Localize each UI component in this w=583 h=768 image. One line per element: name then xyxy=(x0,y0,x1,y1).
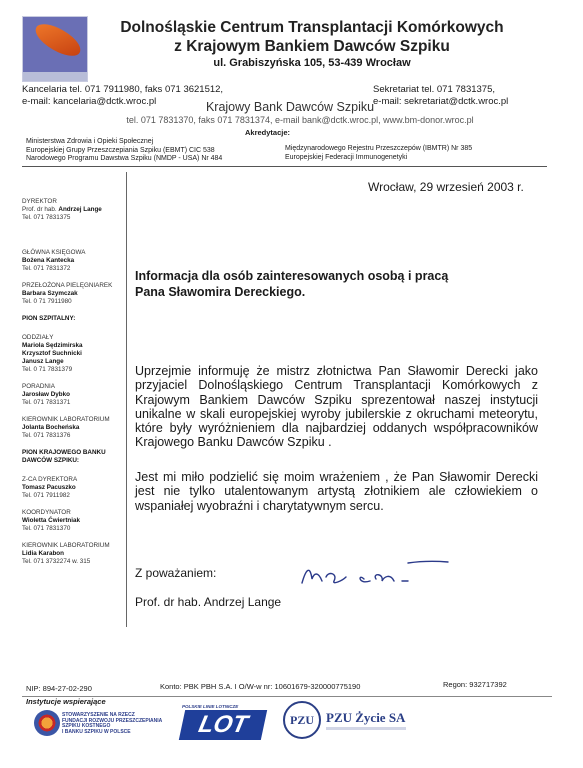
supporting-institutions-label: Instytucje wspierające xyxy=(26,697,106,706)
footer-regon: Regon: 932717392 xyxy=(443,680,507,689)
staff-title: PORADNIA xyxy=(22,383,122,391)
accreditation-item: Europejskiej Grupy Przeszczepiania Szpik… xyxy=(26,147,222,156)
accreditations-label: Akredytacje: xyxy=(245,128,290,137)
staff-prefix: Prof. dr hab. xyxy=(22,206,57,213)
staff-phone: Tel. 071 7831375 xyxy=(22,214,122,222)
sponsor-association-logo-icon xyxy=(34,710,60,736)
letter-subject: Informacja dla osób zainteresowanych oso… xyxy=(135,268,448,300)
bank-contact: tel. 071 7831370, faks 071 7831374, e-ma… xyxy=(40,115,560,125)
sekretariat-phone: Sekretariat tel. 071 7831375, xyxy=(373,84,508,96)
accreditation-item: Międzynarodowego Rejestru Przeszczepów (… xyxy=(285,145,472,154)
subject-line: Pana Sławomira Dereckiego. xyxy=(135,284,448,300)
staff-name: Bożena Kantecka xyxy=(22,257,122,265)
staff-lab1: KIEROWNIK LABORATORIUM Jolanta Bocheńska… xyxy=(22,416,122,440)
staff-nurse: PRZEŁOŻONA PIELĘGNIAREK Barbara Szymczak… xyxy=(22,282,122,306)
staff-title: ODDZIAŁY xyxy=(22,334,122,342)
staff-title: KIEROWNIK LABORATORIUM xyxy=(22,416,122,424)
accreditation-item: Narodowego Programu Dawstwa Szpiku (NMDP… xyxy=(26,155,222,164)
staff-phone: Tel. 0 71 7911980 xyxy=(22,298,122,306)
staff-name-line: Prof. dr hab. Andrzej Lange xyxy=(22,206,122,214)
staff-deputy: Z-CA DYREKTORA Tomasz Pacuszko Tel. 071 … xyxy=(22,476,122,500)
letter-date: Wrocław, 29 wrzesień 2003 r. xyxy=(368,180,524,194)
staff-title: KOORDYNATOR xyxy=(22,509,122,517)
institution-name: Dolnośląskie Centrum Transplantacji Komó… xyxy=(102,18,522,56)
accreditation-item: Europejskiej Federacji Immunogenetyki xyxy=(285,154,472,163)
staff-lab2: KIEROWNIK LABORATORIUM Lidia Karabon Tel… xyxy=(22,542,122,566)
staff-name: Andrzej Lange xyxy=(58,206,101,213)
footer-nip: NIP: 894-27-02-290 xyxy=(26,684,92,693)
institution-logo xyxy=(22,16,88,82)
kancelaria-phone: Kancelaria tel. 071 7911980, faks 071 36… xyxy=(22,84,223,96)
staff-director: DYREKTOR Prof. dr hab. Andrzej Lange Tel… xyxy=(22,198,122,222)
staff-name: Jolanta Bocheńska xyxy=(22,424,122,432)
staff-phone: Tel. 071 7911982 xyxy=(22,492,122,500)
accreditation-item: Ministerstwa Zdrowia i Opieki Społecznej xyxy=(26,138,222,147)
staff-phone: Tel. 071 7831376 xyxy=(22,432,122,440)
letter-signer: Prof. dr hab. Andrzej Lange xyxy=(135,595,281,609)
staff-phone: Tel. 071 7831372 xyxy=(22,265,122,273)
staff-title: Z-CA DYREKTORA xyxy=(22,476,122,484)
sidebar-divider xyxy=(126,172,127,627)
staff-name: Wioletta Ćwiertniak xyxy=(22,517,122,525)
institution-address: ul. Grabiszyńska 105, 53-439 Wrocław xyxy=(102,57,522,69)
staff-wards: ODDZIAŁY Mariola Sędzimirska Krzysztof S… xyxy=(22,334,122,374)
hospital-section-heading: PION SZPITALNY: xyxy=(22,315,122,323)
staff-phone: Tel. 071 7831371 xyxy=(22,399,122,407)
staff-name: Tomasz Pacuszko xyxy=(22,484,122,492)
sponsor-line: I BANKU SZPIKU W POLSCE xyxy=(62,730,162,736)
staff-name: Krzysztof Suchnicki xyxy=(22,350,122,358)
lot-caption: POLSKIE LINIE LOTNICZE xyxy=(182,704,238,709)
staff-name: Lidia Karabon xyxy=(22,550,122,558)
staff-clinic: PORADNIA Jarosław Dybko Tel. 071 7831371 xyxy=(22,383,122,407)
sponsor-association-name: STOWARZYSZENIE NA RZECZ FUNDACJI ROZWOJU… xyxy=(62,713,162,735)
staff-name: Janusz Lange xyxy=(22,358,122,366)
staff-accountant: GŁÓWNA KSIĘGOWA Bożena Kantecka Tel. 071… xyxy=(22,249,122,273)
accreditations-right: Międzynarodowego Rejestru Przeszczepów (… xyxy=(285,145,472,162)
bank-section-heading: PION KRAJOWEGO BANKU DAWCÓW SZPIKU: xyxy=(22,449,112,465)
staff-title: PRZEŁOŻONA PIELĘGNIAREK xyxy=(22,282,122,290)
staff-title: GŁÓWNA KSIĘGOWA xyxy=(22,249,122,257)
institution-name-line1: Dolnośląskie Centrum Transplantacji Komó… xyxy=(102,18,522,37)
staff-title: DYREKTOR xyxy=(22,198,122,206)
lot-logo: LOT xyxy=(179,710,267,740)
staff-phone: Tel. 071 3732274 w. 315 xyxy=(22,558,122,566)
handwritten-signature xyxy=(298,559,468,589)
accreditations-left: Ministerstwa Zdrowia i Opieki Społecznej… xyxy=(26,138,222,164)
header-divider xyxy=(22,166,547,167)
staff-phone: Tel. 0 71 7831379 xyxy=(22,366,122,374)
logo-emblem xyxy=(31,19,86,60)
pzu-subtitle-line xyxy=(326,727,406,730)
staff-coordinator: KOORDYNATOR Wioletta Ćwiertniak Tel. 071… xyxy=(22,509,122,533)
letter-paragraph-2: Jest mi miło podzielić się moim wrażenie… xyxy=(135,470,538,513)
institution-name-line2: z Krajowym Bankiem Dawców Szpiku xyxy=(102,37,522,56)
bank-name: Krajowy Bank Dawców Szpiku xyxy=(120,100,460,114)
staff-sidebar: DYREKTOR Prof. dr hab. Andrzej Lange Tel… xyxy=(22,198,122,575)
letter-paragraph-1: Uprzejmie informuję że mistrz złotnictwa… xyxy=(135,364,538,450)
staff-name: Jarosław Dybko xyxy=(22,391,122,399)
pzu-logo-icon: PZU xyxy=(283,701,321,739)
pzu-name: PZU Życie SA xyxy=(326,710,405,726)
staff-name: Barbara Szymczak xyxy=(22,290,122,298)
staff-name: Mariola Sędzimirska xyxy=(22,342,122,350)
subject-line: Informacja dla osób zainteresowanych oso… xyxy=(135,268,448,284)
letter-closing: Z poważaniem: xyxy=(135,566,216,580)
logo-strip xyxy=(23,72,87,81)
staff-title: KIEROWNIK LABORATORIUM xyxy=(22,542,122,550)
staff-phone: Tel. 071 7831370 xyxy=(22,525,122,533)
footer-bank-account: Konto: PBK PBH S.A. I O/W-w nr: 10601679… xyxy=(160,682,360,691)
